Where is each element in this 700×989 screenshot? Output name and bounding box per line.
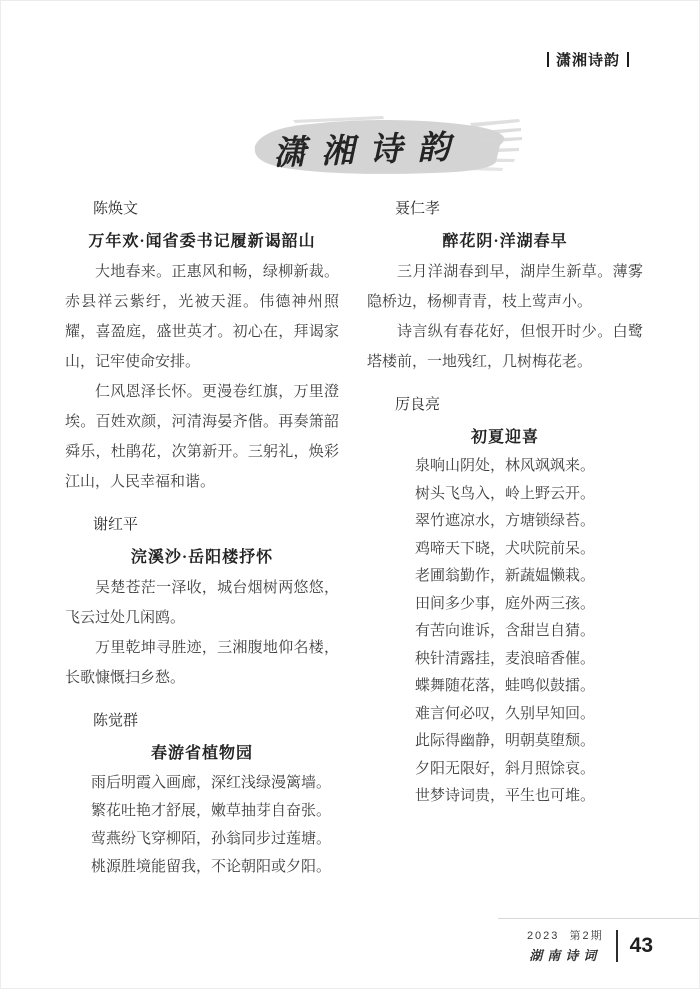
author-name: 陈焕文 [93,197,339,218]
poem-paragraph: 仁风恩泽长怀。更漫卷红旗，万里澄埃。百姓欢颜，河清海晏齐偕。再奏箫韶舜乐，杜鹃花… [65,377,339,497]
poem-line: 桃源胜境能留我，不论朝阳或夕阳。 [65,853,339,881]
author-name: 陈觉群 [93,709,339,730]
section-banner: 潇湘诗韵 [251,115,523,181]
poem-section: 谢红平 浣溪沙·岳阳楼抒怀 吴楚苍茫一泽收，城台烟树两悠悠，飞云过处几闲鸥。 万… [65,513,339,693]
poem-section: 聂仁孝 醉花阴·洋湖春早 三月洋湖春到早，湖岸生新草。薄雾隐桥边，杨柳青青，枝上… [367,197,643,377]
poem-paragraph: 诗言纵有春花好，但恨开时少。白鹭塔楼前，一地残红，几树梅花老。 [367,317,643,377]
issue-info: 2023 第2期 湖南诗词 [527,927,604,964]
poem-line: 鸡啼天下晓，犬吠院前呆。 [367,536,643,564]
poem-line: 泉响山阴处，林风飒飒来。 [367,453,643,481]
author-name: 聂仁孝 [395,197,643,218]
issue-label: 2023 第2期 [527,927,604,943]
poem-paragraph: 三月洋湖春到早，湖岸生新草。薄雾隐桥边，杨柳青青，枝上莺声小。 [367,257,643,317]
poem-line: 树头飞鸟入，岭上野云开。 [367,481,643,509]
poem-paragraph: 大地春来。正惠风和畅，绿柳新裁。赤县祥云紫纡，光被天涯。伟德神州照耀，喜盈庭，盛… [65,257,339,377]
poem-title: 春游省植物园 [65,740,339,763]
poem-section: 陈焕文 万年欢·闻省委书记履新谒韶山 大地春来。正惠风和畅，绿柳新裁。赤县祥云紫… [65,197,339,497]
footer: 2023 第2期 湖南诗词 43 [527,927,653,964]
magazine-page: 潇湘诗韵 潇湘诗韵 陈焕文 万年欢·闻省委书记履新谒韶山 大地春来。正惠风和畅，… [0,0,700,989]
author-name: 厉良亮 [395,393,643,414]
poem-line: 雨后明霞入画廊，深红浅绿漫篱墙。 [65,769,339,797]
poem-paragraph: 吴楚苍茫一泽收，城台烟树两悠悠，飞云过处几闲鸥。 [65,573,339,633]
running-head: 潇湘诗韵 [547,49,629,70]
poem-title: 初夏迎喜 [367,424,643,447]
right-column: 聂仁孝 醉花阴·洋湖春早 三月洋湖春到早，湖岸生新草。薄雾隐桥边，杨柳青青，枝上… [367,197,643,827]
poem-line: 难言何必叹，久别早知回。 [367,701,643,729]
poem-line: 夕阳无限好，斜月照馀哀。 [367,756,643,784]
poem-line: 世梦诗词贵，平生也可堆。 [367,783,643,811]
journal-name: 湖南诗词 [527,945,604,964]
poem-line: 翠竹遮凉水，方塘锁绿苔。 [367,508,643,536]
poem-line: 田间多少事，庭外两三孩。 [367,591,643,619]
author-name: 谢红平 [93,513,339,534]
running-head-label: 潇湘诗韵 [556,49,620,70]
running-head-right-bar [627,52,629,67]
running-head-left-bar [547,52,549,67]
poem-paragraph: 万里乾坤寻胜迹，三湘腹地仰名楼，长歌慷慨扫乡愁。 [65,633,339,693]
poem-title: 浣溪沙·岳阳楼抒怀 [65,544,339,567]
poem-line: 有苦向谁诉，含甜岂自猜。 [367,618,643,646]
poem-section: 厉良亮 初夏迎喜 泉响山阴处，林风飒飒来。 树头飞鸟入，岭上野云开。 翠竹遮凉水… [367,393,643,811]
poem-line: 秧针清露挂，麦浪暗香催。 [367,646,643,674]
poem-title: 万年欢·闻省委书记履新谒韶山 [65,228,339,251]
poem-line: 蝶舞随花落，蛙鸣似鼓擂。 [367,673,643,701]
banner-title: 潇湘诗韵 [272,121,466,175]
poem-title: 醉花阴·洋湖春早 [367,228,643,251]
poem-line: 繁花吐艳才舒展，嫩草抽芽自奋张。 [65,797,339,825]
poem-line: 老圃翁勤作，新蔬媪懒栽。 [367,563,643,591]
page-number: 43 [630,934,653,958]
footer-divider-line [498,918,699,919]
poem-line: 莺燕纷飞穿柳陌，孙翁同步过莲塘。 [65,825,339,853]
footer-vertical-bar [616,930,618,962]
poem-section: 陈觉群 春游省植物园 雨后明霞入画廊，深红浅绿漫篱墙。 繁花吐艳才舒展，嫩草抽芽… [65,709,339,881]
left-column: 陈焕文 万年欢·闻省委书记履新谒韶山 大地春来。正惠风和畅，绿柳新裁。赤县祥云紫… [65,197,339,897]
poem-line: 此际得幽静，明朝莫堕颓。 [367,728,643,756]
